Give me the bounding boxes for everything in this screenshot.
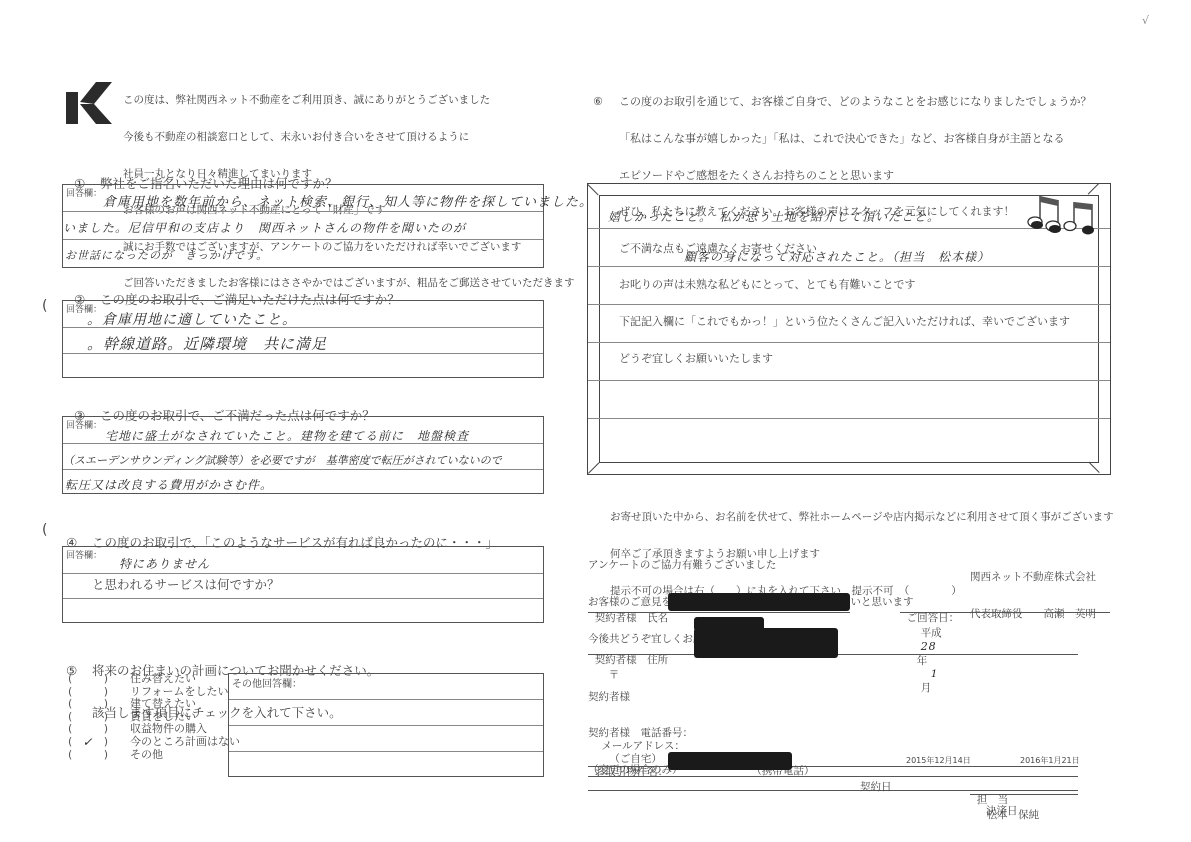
staff-name: 松本 保純 — [987, 809, 1040, 821]
plan-options-list: ()住み替えたい ()リフォームをしたい ()建て替えたい ()賃貸をしたい (… — [68, 673, 240, 761]
option-label: 建て替えたい — [130, 698, 196, 711]
k-logo-icon — [66, 80, 112, 124]
question-1-answer-box[interactable]: 回答欄： 倉庫用地を数年前から、ネット検索、銀行、知人等に物件を探していました。… — [62, 184, 544, 268]
question-text: この度のお取引を通じて、お客様ご自身で、どのようなことをお感じになりましたでしょ… — [619, 95, 1092, 108]
other-answer-label: その他回答欄： — [232, 675, 302, 690]
question-4-answer-box[interactable]: 回答欄： 特にありません — [62, 546, 544, 623]
option-checkbox[interactable] — [81, 698, 95, 711]
answer-date-label: ご回答日： — [907, 612, 960, 624]
margin-paren-mark: ( — [42, 298, 47, 314]
option-label: 今のところ計画はない — [130, 736, 240, 749]
company-logo — [66, 80, 112, 124]
redacted-address — [694, 628, 838, 658]
plan-option[interactable]: (✓)今のところ計画はない — [68, 736, 240, 749]
thanks-line: アンケートのご協力有難うございました — [588, 559, 914, 571]
question-text: 「私はこんな事が嬉しかった」「私は、これで決心できた」など、お客様自身が主語とな… — [619, 132, 1065, 145]
phone-label: 契約者様 電話番号： — [588, 727, 1078, 739]
handwritten-answer-line: 嬉しかったこと。 私が思う土地を紹介して頂いたこと。 — [608, 208, 940, 225]
settlement-date: 2016年1月21日 — [1020, 755, 1080, 766]
disclosure-line: お寄せ頂いた中から、お名前を伏せて、弊社ホームページや店内掲示などに利用させて頂… — [610, 511, 1114, 523]
handwritten-answer-line: 特にありません — [119, 555, 210, 572]
option-checkbox[interactable] — [81, 711, 95, 724]
contract-date-label: 契約日 — [860, 779, 892, 794]
handwritten-answer-line: お世話になったのが きっかけです。 — [65, 247, 268, 263]
intro-line: 今後も不動産の相談窓口として、末永いお付き合いをさせて頂けるように — [123, 131, 575, 143]
handwritten-answer-line: 宅地に盛土がなされていたこと。建物を建てる前に 地盤検査 — [105, 427, 469, 444]
margin-paren-mark: ( — [42, 522, 47, 538]
handwritten-answer-line: 。倉庫用地に適していたこと。 — [87, 309, 297, 329]
question-text: エピソードやご感想をたくさんお持ちのことと思います — [619, 169, 894, 182]
property-field[interactable]: お取引物件名： 契約日 2015年12月14日 決済日 2016年1月21日 — [588, 752, 1078, 767]
staff-label: 担 当 — [977, 794, 1009, 806]
contract-date: 2015年12月14日 — [906, 755, 971, 766]
name-label: 契約者様 氏名 — [595, 612, 669, 624]
handwritten-answer-line: 顧客の身になって対応されたこと。（担当 松本様） — [684, 248, 990, 265]
staff-field: 担 当 松本 保純 — [970, 780, 1078, 795]
plan-option[interactable]: ()建て替えたい — [68, 698, 240, 711]
era-label: 平成 — [921, 627, 942, 639]
plan-option[interactable]: ()住み替えたい — [68, 673, 240, 686]
handwritten-answer-line: 倉庫用地を数年前から、ネット検索、銀行、知人等に物件を探していました。 — [103, 191, 593, 210]
corner-check-mark: √ — [1142, 14, 1149, 27]
handwritten-answer-line: （スエーデンサウンディング試験等）を必要ですが 基準密度で転圧がされていないので — [63, 452, 502, 468]
question-6-answer-frame[interactable]: 嬉しかったこと。 私が思う土地を紹介して頂いたこと。 顧客の身になって対応された… — [587, 183, 1111, 475]
property-label: お取引物件名： — [595, 766, 669, 778]
answer-label: 回答欄： — [66, 548, 102, 561]
address-label: 契約者様 住所 — [595, 654, 669, 666]
question-number: ⑥ — [593, 96, 619, 108]
plan-option[interactable]: ()その他 — [68, 749, 240, 762]
answer-label: 回答欄： — [66, 418, 102, 431]
answer-date-field[interactable]: ご回答日： 平成 28 年 1 月 — [900, 598, 1110, 613]
option-label: 住み替えたい — [130, 673, 196, 686]
handwritten-answer-line: いました。尼信甲和の支店より 関西ネットさんの物件を聞いたのが — [63, 219, 466, 236]
music-notes-icon — [1024, 188, 1104, 238]
option-checkbox[interactable] — [81, 673, 95, 686]
company-name: 関西ネット不動産株式会社 — [970, 571, 1096, 583]
option-checkbox[interactable] — [81, 749, 95, 762]
handwritten-answer-line: 転圧又は改良する費用がかさむ件。 — [65, 476, 273, 493]
intro-line: この度は、弊社関西ネット不動産をご利用頂き、誠にありがとうございました — [123, 94, 575, 106]
handwritten-answer-line: 。幹線道路。近隣環境 共に満足 — [87, 333, 327, 354]
option-label: その他 — [130, 749, 163, 762]
answer-label: 回答欄： — [66, 186, 102, 199]
question-2-answer-box[interactable]: 回答欄： 。倉庫用地に適していたこと。 。幹線道路。近隣環境 共に満足 — [62, 300, 544, 378]
redacted-property — [668, 752, 792, 770]
question-5-other-answer-box[interactable]: その他回答欄： — [228, 673, 544, 777]
company-signature: 関西ネット不動産株式会社 代表取締役 高瀬 英明 — [970, 546, 1096, 633]
question-3-answer-box[interactable]: 回答欄： 宅地に盛土がなされていたこと。建物を建てる前に 地盤検査 （スエーデン… — [62, 416, 544, 494]
redacted-name — [668, 593, 850, 611]
option-checkbox[interactable]: ✓ — [81, 736, 95, 749]
option-checkbox[interactable] — [81, 686, 95, 699]
